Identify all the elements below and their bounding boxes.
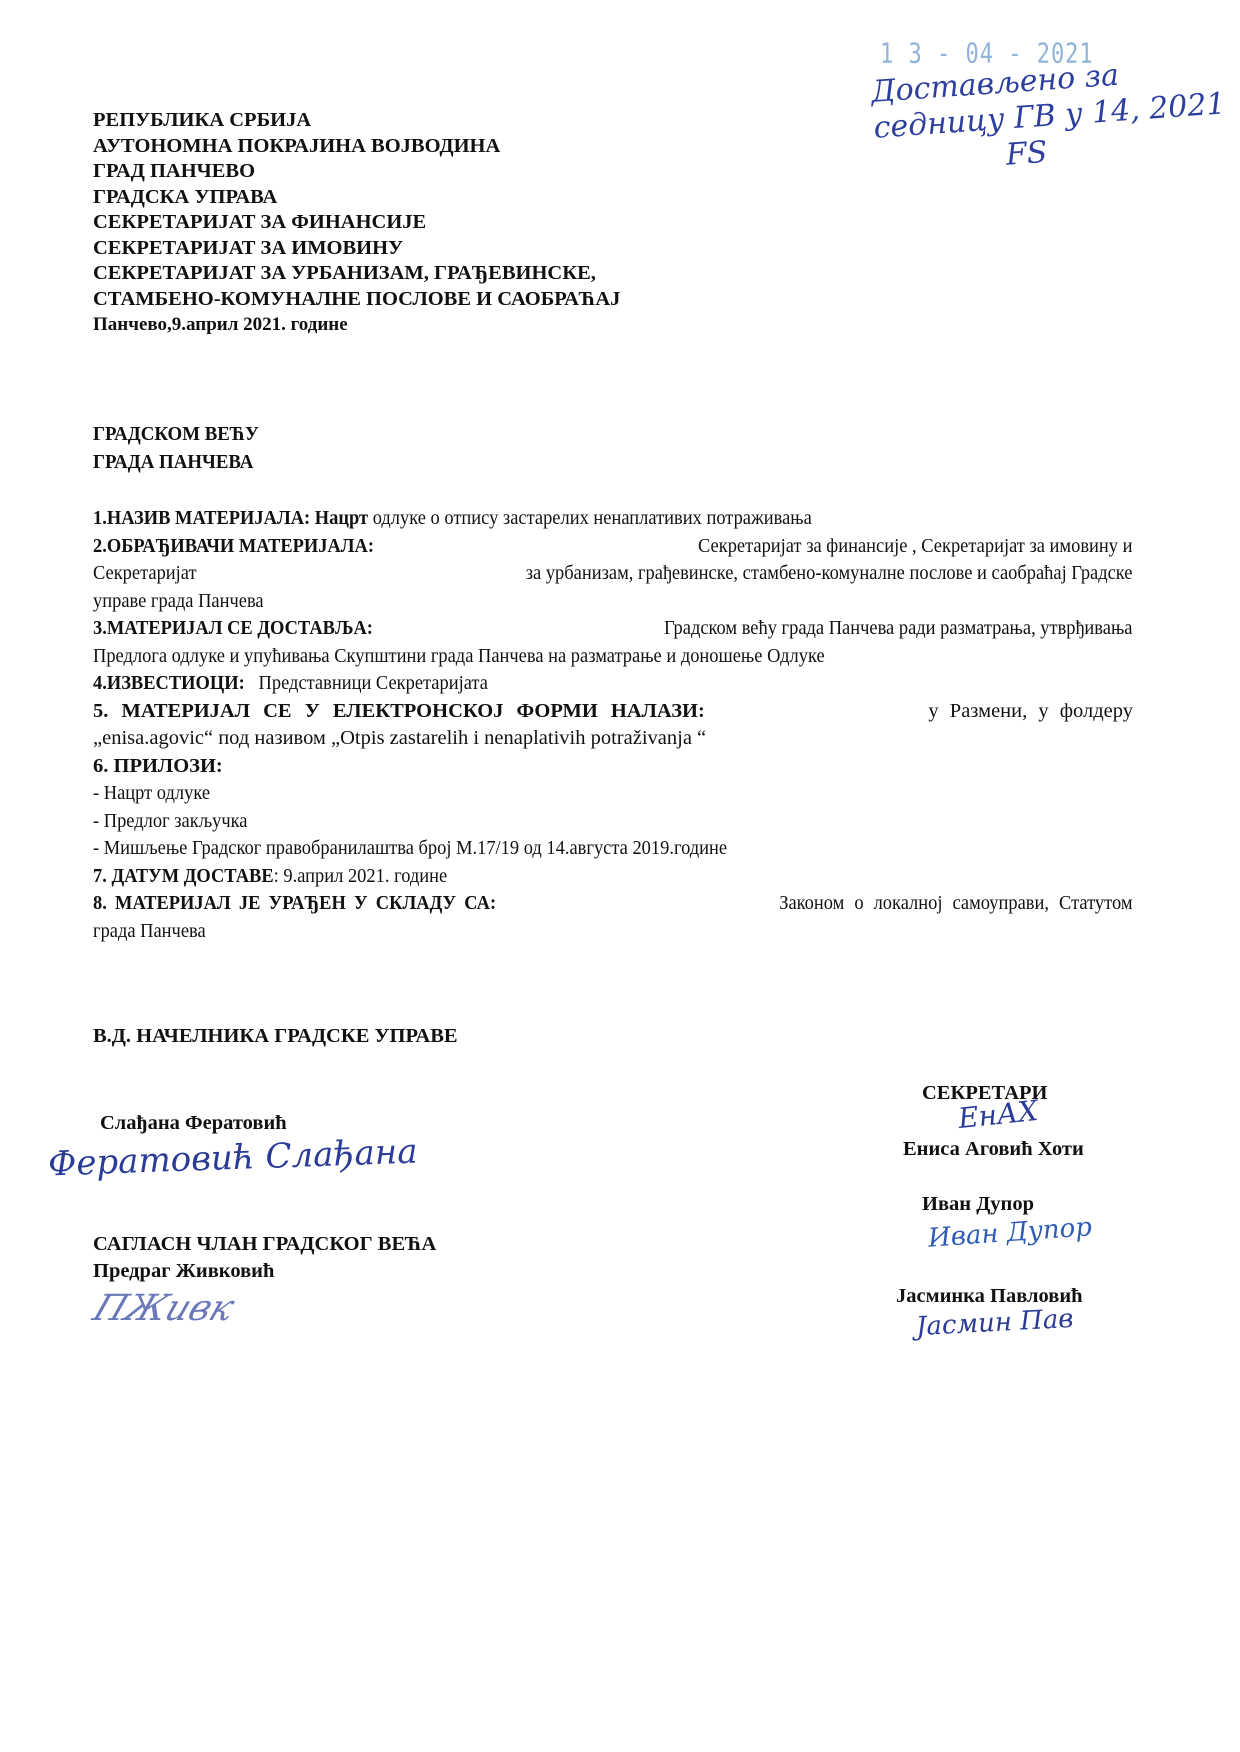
addressee-line: ГРАДА ПАНЧЕВА: [93, 448, 259, 476]
item-electronic-form: 5. МАТЕРИЈАЛ СЕ У ЕЛЕКТРОНСКОЈ ФОРМИ НАЛ…: [93, 698, 1133, 753]
letterhead-line: ГРАДСКА УПРАВА: [93, 185, 620, 211]
council-member-signature: ПЖивк: [88, 1288, 240, 1329]
document-page: 1 3 - 04 - 2021 Достављено за седницу ГВ…: [0, 0, 1240, 1752]
addressee-line: ГРАДСКОМ ВЕЋУ: [93, 420, 259, 448]
letterhead-line: СТАМБЕНО-КОМУНАЛНЕ ПОСЛОВЕ И САОБРАЋАЈ: [93, 287, 620, 313]
council-member-name: Предраг Живковић: [93, 1260, 274, 1283]
secretary-name: Ениса Аговић Хоти: [903, 1138, 1084, 1161]
handwritten-note: Достављено за седницу ГВ у 14, 2021 FS: [870, 50, 1229, 182]
letterhead-line: РЕПУБЛИКА СРБИЈА: [93, 108, 620, 134]
letterhead: РЕПУБЛИКА СРБИЈА АУТОНОМНА ПОКРАЈИНА ВОЈ…: [93, 108, 620, 338]
item-attachments: 6. ПРИЛОЗИ: - Нацрт одлуке - Предлог зак…: [93, 753, 1133, 863]
document-date: Панчево,9.април 2021. године: [93, 312, 620, 338]
secretary-signature: Иван Дупор: [927, 1212, 1093, 1253]
secretary-signature: Јасмин Пав: [915, 1304, 1074, 1342]
letterhead-line: ГРАД ПАНЧЕВО: [93, 159, 620, 185]
attachment-item: - Нацрт одлуке: [93, 780, 1133, 808]
secretary-name: Иван Дупор: [922, 1193, 1034, 1216]
acting-head-title: В.Д. НАЧЕЛНИКА ГРАДСКЕ УПРАВЕ: [93, 1025, 458, 1048]
letterhead-line: СЕКРЕТАРИЈАТ ЗА ФИНАНСИЈЕ: [93, 210, 620, 236]
acting-head-name: Слађана Фератовић: [100, 1112, 287, 1135]
item-rapporteurs: 4.ИЗВЕСТИОЦИ: Представници Секретаријата: [93, 670, 1133, 698]
letterhead-line: СЕКРЕТАРИЈАТ ЗА УРБАНИЗАМ, ГРАЂЕВИНСКЕ,: [93, 261, 620, 287]
acting-head-signature: Фератовић Слађана: [47, 1132, 418, 1185]
folder-path: „enisa.agovic“ под називом „Otpis zastar…: [93, 725, 1133, 753]
addressee: ГРАДСКОМ ВЕЋУ ГРАДА ПАНЧЕВА: [93, 420, 259, 476]
attachment-item: - Предлог закључка: [93, 808, 1133, 836]
item-material-authors: 2.ОБРАЂИВАЧИ МАТЕРИЈАЛА: Секретаријат за…: [93, 533, 1133, 616]
secretary-signature: ЕнАХ: [956, 1094, 1039, 1135]
item-material-title: 1.НАЗИВ МАТЕРИЈАЛА: Нацрт одлуке о отпис…: [93, 505, 1133, 533]
material-items: 1.НАЗИВ МАТЕРИЈАЛА: Нацрт одлуке о отпис…: [93, 505, 1133, 945]
council-member-title: САГЛАСН ЧЛАН ГРАДСКОГ ВЕЋА: [93, 1233, 436, 1256]
attachment-item: - Мишљење Градског правобранилаштва број…: [93, 835, 1133, 863]
item-delivery-date: 7. ДАТУМ ДОСТАВЕ: 9.април 2021. године: [93, 863, 1133, 891]
item-legal-basis: 8. МАТЕРИЈАЛ ЈЕ УРАЂЕН У СКЛАДУ СА: Зако…: [93, 890, 1133, 945]
letterhead-line: АУТОНОМНА ПОКРАЈИНА ВОЈВОДИНА: [93, 134, 620, 160]
letterhead-line: СЕКРЕТАРИЈАТ ЗА ИМОВИНУ: [93, 236, 620, 262]
attachment-list: - Нацрт одлуке - Предлог закључка - Мишљ…: [93, 780, 1133, 863]
item-material-delivery: 3.МАТЕРИЈАЛ СЕ ДОСТАВЉА: Градском већу г…: [93, 615, 1133, 670]
